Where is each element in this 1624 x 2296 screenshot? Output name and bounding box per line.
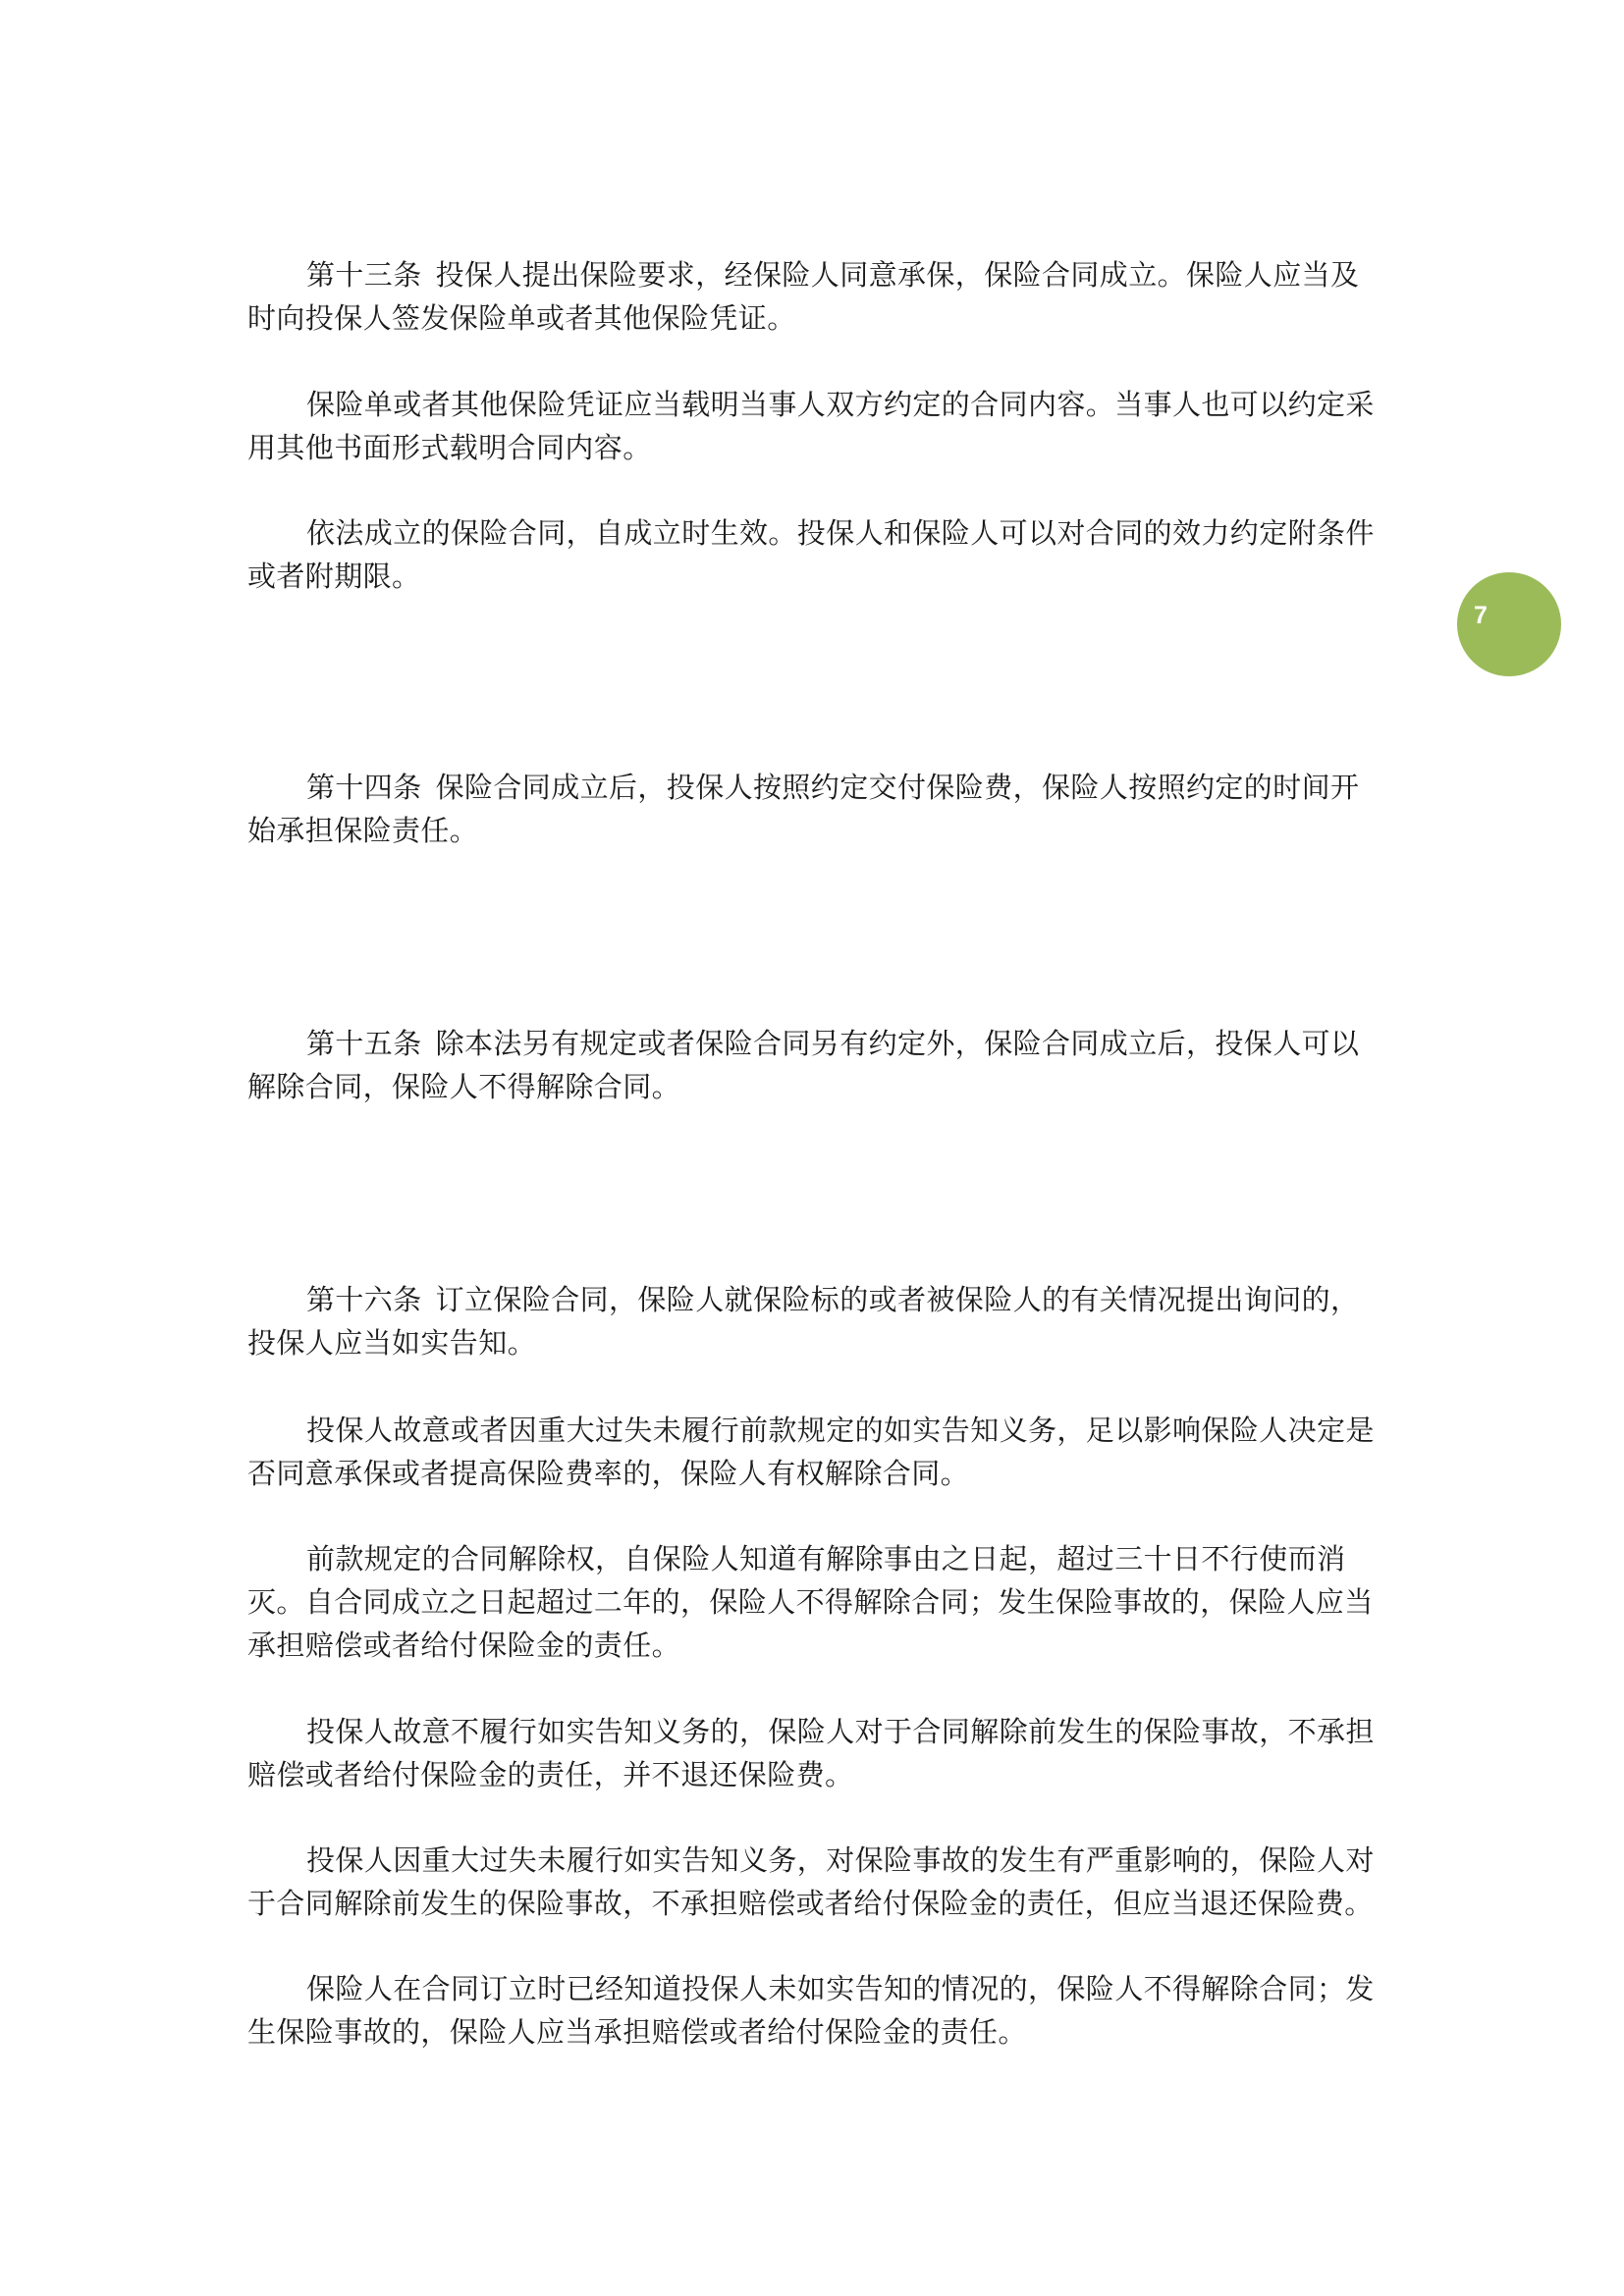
article-16-text-4: 投保人故意不履行如实告知义务的，保险人对于合同解除前发生的保险事故，不承担赔偿或… (247, 1715, 1375, 1791)
page-number-badge: 7 (1457, 572, 1561, 676)
article-16-text-5: 投保人因重大过失未履行如实告知义务，对保险事故的发生有严重影响的，保险人对于合同… (247, 1843, 1375, 1920)
article-13-paragraph-1: 第十三条投保人提出保险要求，经保险人同意承保，保险合同成立。保险人应当及时向投保… (247, 253, 1386, 340)
article-16-text-6: 保险人在合同订立时已经知道投保人未如实告知的情况的，保险人不得解除合同；发生保险… (247, 1972, 1375, 2049)
article-16-paragraph-5: 投保人因重大过失未履行如实告知义务，对保险事故的发生有严重影响的，保险人对于合同… (247, 1839, 1386, 1925)
article-14-title: 第十四条 (306, 771, 422, 804)
article-14-paragraph-1: 第十四条保险合同成立后，投保人按照约定交付保险费，保险人按照约定的时间开始承担保… (247, 766, 1386, 852)
article-15-paragraph-1: 第十五条除本法另有规定或者保险合同另有约定外，保险合同成立后，投保人可以解除合同… (247, 1022, 1386, 1108)
article-13-text-2: 保险单或者其他保险凭证应当载明当事人双方约定的合同内容。当事人也可以约定采用其他… (247, 388, 1375, 464)
article-16-paragraph-1: 第十六条订立保险合同，保险人就保险标的或者被保险人的有关情况提出询问的，投保人应… (247, 1278, 1386, 1364)
document-page: 第十三条投保人提出保险要求，经保险人同意承保，保险合同成立。保险人应当及时向投保… (0, 0, 1624, 2296)
article-13-paragraph-3: 依法成立的保险合同，自成立时生效。投保人和保险人可以对合同的效力约定附条件或者附… (247, 511, 1386, 598)
article-13-text-3: 依法成立的保险合同，自成立时生效。投保人和保险人可以对合同的效力约定附条件或者附… (247, 516, 1375, 593)
article-13-title: 第十三条 (306, 258, 422, 292)
article-13-paragraph-2: 保险单或者其他保险凭证应当载明当事人双方约定的合同内容。当事人也可以约定采用其他… (247, 383, 1386, 469)
article-16-paragraph-3: 前款规定的合同解除权，自保险人知道有解除事由之日起，超过三十日不行使而消灭。自合… (247, 1537, 1386, 1667)
page-number: 7 (1474, 602, 1488, 630)
article-16-title: 第十六条 (306, 1283, 422, 1316)
article-16-paragraph-4: 投保人故意不履行如实告知义务的，保险人对于合同解除前发生的保险事故，不承担赔偿或… (247, 1710, 1386, 1796)
article-16-paragraph-6: 保险人在合同订立时已经知道投保人未如实告知的情况的，保险人不得解除合同；发生保险… (247, 1967, 1386, 2054)
article-15-title: 第十五条 (306, 1027, 422, 1060)
article-16-text-3: 前款规定的合同解除权，自保险人知道有解除事由之日起，超过三十日不行使而消灭。自合… (247, 1542, 1374, 1662)
article-16-text-2: 投保人故意或者因重大过失未履行前款规定的如实告知义务，足以影响保险人决定是否同意… (247, 1414, 1375, 1490)
article-16-paragraph-2: 投保人故意或者因重大过失未履行前款规定的如实告知义务，足以影响保险人决定是否同意… (247, 1409, 1386, 1495)
